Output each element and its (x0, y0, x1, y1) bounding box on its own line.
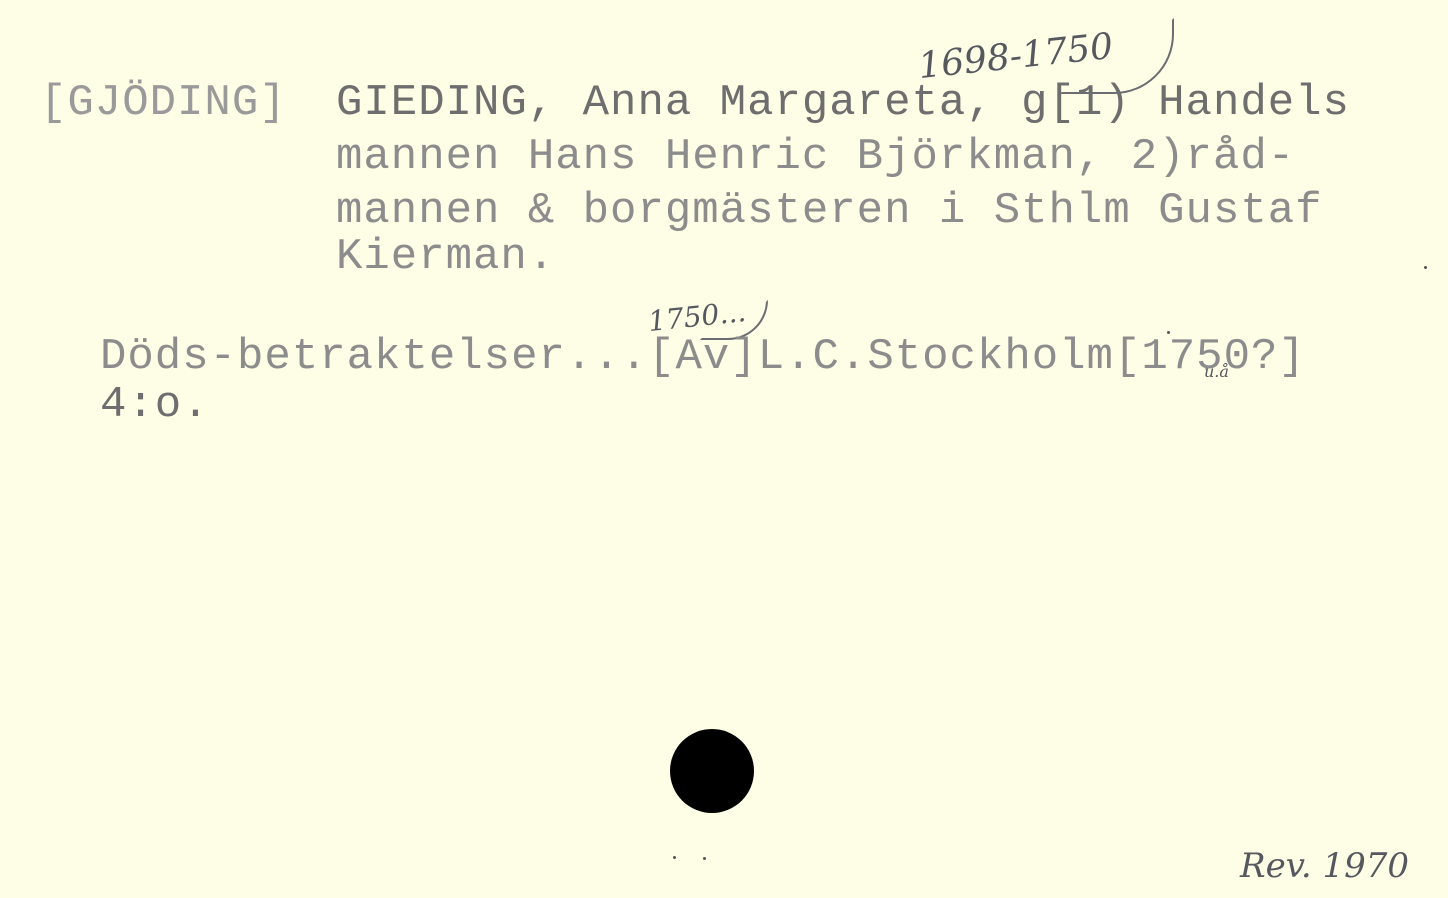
entry-line-2: mannen Hans Henric Björkman, 2)råd- (336, 130, 1295, 184)
card-heading: [GJÖDING] (40, 76, 287, 130)
catalog-card: 1698-1750 [GJÖDING] GIEDING, Anna Margar… (0, 0, 1448, 898)
punch-hole (670, 729, 754, 813)
ink-speck (703, 857, 706, 860)
ink-speck (673, 856, 676, 859)
ink-speck (1167, 331, 1170, 334)
title-line-1: Döds-betraktelser...[Av]L.C.Stockholm[17… (100, 330, 1306, 384)
ink-speck (1424, 266, 1427, 269)
handwritten-place-note: u.å (1204, 362, 1229, 381)
entry-line-1: GIEDING, Anna Margareta, g[1) Handels (336, 76, 1350, 130)
entry-line-4: Kierman. (336, 230, 555, 284)
handwritten-revision-note: Rev. 1970 (1240, 846, 1409, 886)
title-line-2: 4:o. (100, 378, 210, 432)
